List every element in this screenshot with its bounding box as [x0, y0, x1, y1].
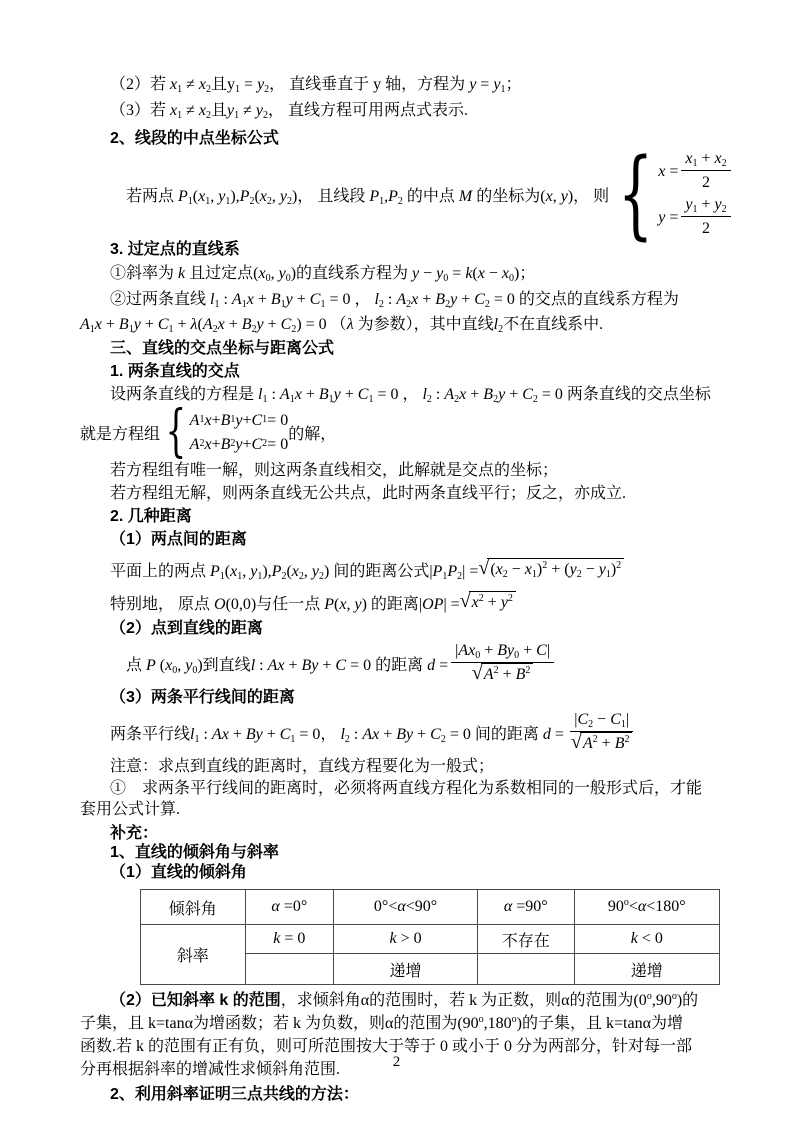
origin-radicand: x2 + y2 [469, 591, 516, 613]
inclination-slope-table: 倾斜角 α =0° 0°<α<90° α =90° 90o<α<180° 斜率 … [140, 889, 720, 985]
equation-system-row: 就是方程组 { A1x + B1y + C1 = 0 A2x + B2y + C… [80, 409, 720, 455]
l2l-radicand: A2 + B2 [580, 732, 633, 754]
note2-line2: 套用公式计算. [80, 799, 720, 820]
system-equation-1: A1x + B1y + C1 = 0 [190, 410, 289, 431]
table-cell: α =90° [478, 890, 575, 925]
slope-range-line1: （2）已知斜率 k 的范围，求倾斜角α的范围时，若 k 为正数，则α的范围为(0… [80, 989, 720, 1012]
table-cell: 递增 [334, 954, 478, 985]
no-solution-line: 若方程组无解，则两条直线无公共点，此时两条直线平行；反之，亦成立. [80, 482, 720, 505]
p2l-radical: √ A2 + B2 [472, 663, 534, 685]
system-suffix-text: 的解， [288, 421, 336, 444]
pencil-item2-line1: ②过两条直线 l1 : A1x + B1y + C1 = 0 ， l2 : A2… [80, 287, 720, 312]
l2l-denominator: √ A2 + B2 [567, 732, 637, 755]
table-cell-slope-label: 斜率 [141, 925, 246, 985]
table-cell: α =0° [245, 890, 334, 925]
pencil-item2-line2: A1x + B1y + C1 + λ(A2x + B2y + C2) = 0 （… [80, 312, 720, 337]
table-cell: k > 0 [334, 925, 478, 954]
left-brace-icon: { [618, 154, 653, 234]
table-cell: k < 0 [574, 925, 719, 954]
note2-line1: ① 求两条平行线间的距离时，必须将两直线方程化为系数相同的一般形式后，才能 [80, 778, 720, 799]
document-page: （2）若 x1 ≠ x2且y1 = y2， 直线垂直于 y 轴，方程为 y = … [0, 0, 793, 1122]
table-cell: 递增 [574, 954, 719, 985]
l2l-lead-text: 两条平行线l1 : Ax + By + C1 = 0， l2 : Ax + By… [110, 721, 564, 744]
p2l-lead-text: 点 P (x0, y0)到直线l : Ax + By + C = 0 的距离 d… [126, 652, 448, 675]
midpoint-y-equation: y = y1 + y2 2 [658, 194, 733, 240]
table-cell-incline-label: 倾斜角 [141, 890, 246, 925]
midpoint-y-fraction: y1 + y2 2 [681, 194, 730, 240]
two-point-case2-line: （2）若 x1 ≠ x2且y1 = y2， 直线垂直于 y 轴，方程为 y = … [80, 72, 720, 98]
system-prefix-text: 就是方程组 [80, 421, 160, 444]
table-cell: k = 0 [245, 925, 334, 954]
midpoint-y-lhs: y = [658, 207, 678, 228]
slope-heading: 1、直线的倾斜角与斜率 [80, 843, 720, 862]
p2l-radicand: A2 + B2 [481, 663, 534, 685]
origin-radical: √ x2 + y2 [460, 591, 516, 613]
l2l-numerator: |C2 − C1| [570, 709, 633, 732]
midpoint-x-equation: x = x1 + x2 2 [658, 148, 733, 194]
section3-heading: 三、直线的交点坐标与距离公式 [80, 337, 720, 360]
equation-brace-system: { A1x + B1y + C1 = 0 A2x + B2y + C2 = 0 [160, 409, 288, 455]
pencil-item1-line: ①斜率为 k 且过定点(x0, y0)的直线系方程为 y − y0 = k(x … [80, 261, 720, 287]
l2l-radical: √ A2 + B2 [571, 732, 633, 754]
p2p-lead-text: 平面上的两点 P1(x1, y1),P2(x2, y2) 间的距离公式|P1P2… [110, 558, 478, 581]
p2l-distance-heading: （2）点到直线的距离 [80, 617, 720, 640]
note1-line: 注意：求点到直线的距离时，直线方程要化为一般式； [80, 755, 720, 778]
incline-heading: （1）直线的倾斜角 [80, 862, 720, 883]
supplement-heading: 补充： [80, 824, 720, 843]
intersection-heading: 1. 两条直线的交点 [80, 360, 720, 383]
page-content: （2）若 x1 ≠ x2且y1 = y2， 直线垂直于 y 轴，方程为 y = … [80, 72, 720, 1106]
left-brace-icon: { [166, 409, 187, 455]
p2l-numerator: |Ax0 + By0 + C| [451, 640, 554, 663]
midpoint-intro-text: 若两点 P1(x1, y1),P2(x2, y2)， 且线段 P1,P2 的中点… [80, 183, 609, 206]
midpoint-x-numerator: x1 + x2 [681, 148, 730, 171]
midpoint-brace-system: { x = x1 + x2 2 y = y1 + y2 2 [609, 148, 733, 240]
p2p-distance-formula-row: 平面上的两点 P1(x1, y1),P2(x2, y2) 间的距离公式|P1P2… [80, 551, 720, 587]
l2l-fraction: |C2 − C1| √ A2 + B2 [567, 709, 637, 755]
collinear-heading: 2、利用斜率证明三点共线的方法： [80, 1083, 720, 1106]
table-cell [245, 954, 334, 985]
table-row: 倾斜角 α =0° 0°<α<90° α =90° 90o<α<180° [141, 890, 720, 925]
l2l-distance-formula-row: 两条平行线l1 : Ax + By + C1 = 0， l2 : Ax + By… [80, 709, 720, 755]
p2p-distance-heading: （1）两点间的距离 [80, 528, 720, 551]
table-cell: 90o<α<180° [574, 890, 719, 925]
p2p-radical: √ (x2 − x1)2 + (y2 − y1)2 [478, 558, 624, 580]
l2l-distance-heading: （3）两条平行线间的距离 [80, 686, 720, 709]
page-number: 2 [0, 1054, 793, 1071]
origin-lead-text: 特别地， 原点 O(0,0)与任一点 P(x, y) 的距离|OP| = [110, 591, 460, 614]
midpoint-x-fraction: x1 + x2 2 [681, 148, 730, 194]
origin-distance-formula-row: 特别地， 原点 O(0,0)与任一点 P(x, y) 的距离|OP| = √ x… [80, 587, 720, 617]
midpoint-y-numerator: y1 + y2 [681, 194, 730, 217]
p2l-distance-formula-row: 点 P (x0, y0)到直线l : Ax + By + C = 0 的距离 d… [80, 640, 720, 686]
slope-range-line2: 子集，且 k=tanα为增函数；若 k 为负数，则α的范围为(90o,180o)… [80, 1012, 720, 1035]
distances-heading: 2. 几种距离 [80, 505, 720, 528]
midpoint-x-lhs: x = [658, 161, 678, 182]
midpoint-x-denominator: 2 [698, 171, 714, 194]
two-point-case3-line: （3）若 x1 ≠ x2且y1 ≠ y2， 直线方程可用两点式表示. [80, 98, 720, 124]
table-cell [478, 954, 575, 985]
p2p-radicand: (x2 − x1)2 + (y2 − y1)2 [487, 558, 624, 580]
p2l-fraction: |Ax0 + By0 + C| √ A2 + B2 [451, 640, 554, 686]
table-cell: 0°<α<90° [334, 890, 478, 925]
midpoint-formula-row: 若两点 P1(x1, y1),P2(x2, y2)， 且线段 P1,P2 的中点… [80, 152, 720, 236]
p2l-denominator: √ A2 + B2 [468, 663, 538, 686]
table-row: 斜率 k = 0 k > 0 不存在 k < 0 [141, 925, 720, 954]
midpoint-y-denominator: 2 [698, 217, 714, 240]
table-cell: 不存在 [478, 925, 575, 954]
system-equation-2: A2x + B2y + C2 = 0 [190, 434, 289, 455]
